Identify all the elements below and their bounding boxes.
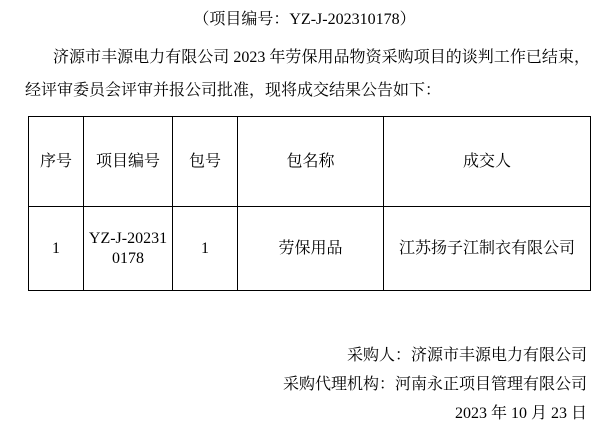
- purchaser-line: 采购人：济源市丰源电力有限公司: [0, 341, 587, 370]
- column-header-package-name: 包名称: [238, 117, 384, 207]
- column-header-package-no: 包号: [173, 117, 238, 207]
- cell-project-no: YZ-J-202310178: [84, 207, 173, 291]
- announcement-document: （项目编号：YZ-J-202310178） 济源市丰源电力有限公司 2023 年…: [0, 0, 609, 422]
- column-header-seq: 序号: [29, 117, 84, 207]
- cell-seq: 1: [29, 207, 84, 291]
- table-header-row: 序号 项目编号 包号 包名称 成交人: [29, 117, 591, 207]
- date-line: 2023 年 10 月 23 日: [0, 399, 587, 422]
- result-table: 序号 项目编号 包号 包名称 成交人 1 YZ-J-202310178 1 劳保…: [28, 116, 591, 291]
- column-header-project-no: 项目编号: [84, 117, 173, 207]
- column-header-winner: 成交人: [384, 117, 591, 207]
- agency-line: 采购代理机构：河南永正项目管理有限公司: [0, 370, 587, 399]
- table-row: 1 YZ-J-202310178 1 劳保用品 江苏扬子江制衣有限公司: [29, 207, 591, 291]
- intro-paragraph: 济源市丰源电力有限公司 2023 年劳保用品物资采购项目的谈判工作已结束，经评审…: [25, 41, 590, 107]
- cell-package-no: 1: [173, 207, 238, 291]
- cell-winner: 江苏扬子江制衣有限公司: [384, 207, 591, 291]
- signature-block: 采购人：济源市丰源电力有限公司 采购代理机构：河南永正项目管理有限公司 2023…: [0, 341, 587, 422]
- cell-package-name: 劳保用品: [238, 207, 384, 291]
- project-number-heading: （项目编号：YZ-J-202310178）: [0, 0, 609, 30]
